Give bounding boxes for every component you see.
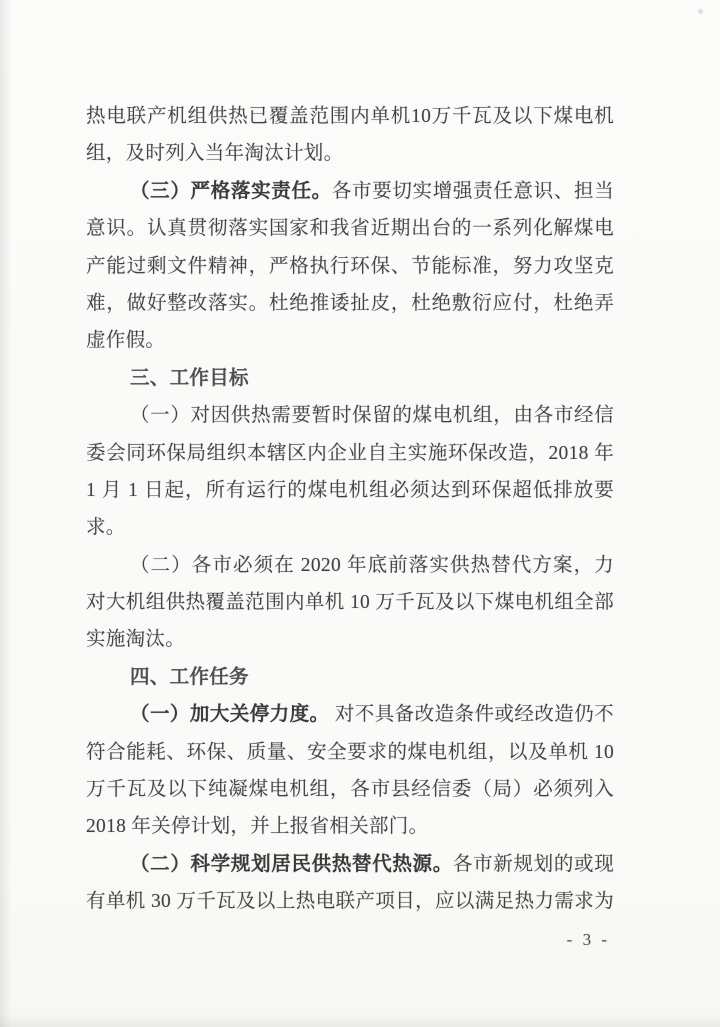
body-text: 意识。认真贯彻落实国家和我省近期出台的一系列化解煤电 bbox=[86, 218, 614, 239]
body-text: 难，做好整改落实。杜绝推诿扯皮，杜绝敷衍应付，杜绝弄 bbox=[86, 293, 614, 314]
body-text: 实施淘汰。 bbox=[86, 629, 185, 650]
text-line: 产能过剩文件精神，严格执行环保、节能标准，努力攻坚克 bbox=[86, 248, 614, 285]
document-page: 热电联产机组供热已覆盖范围内单机10万千瓦及以下煤电机组，及时列入当年淘汰计划。… bbox=[0, 0, 720, 1027]
body-text: 各市新规划的或现 bbox=[453, 854, 614, 875]
body-text: 产能过剩文件精神，严格执行环保、节能标准，努力攻坚克 bbox=[86, 256, 614, 277]
body-text: 万千瓦及以下纯凝煤电机组，各市县经信委（局）必须列入 bbox=[86, 779, 614, 800]
body-text: 有单机 30 万千瓦及以上热电联产项目，应以满足热力需求为 bbox=[86, 891, 614, 912]
text-line: 三、工作目标 bbox=[86, 360, 614, 397]
paragraph-heading: （二）科学规划居民供热替代热源。 bbox=[130, 854, 453, 875]
page-number: - 3 - bbox=[567, 930, 610, 950]
text-line: （三）严格落实责任。各市要切实增强责任意识、担当 bbox=[86, 173, 614, 210]
body-text: 对大机组供热覆盖范围内单机 10 万千瓦及以下煤电机组全部 bbox=[86, 592, 614, 613]
text-line: 虚作假。 bbox=[86, 322, 614, 359]
text-line: 2018 年关停计划，并上报省相关部门。 bbox=[86, 808, 614, 845]
text-line: （二）科学规划居民供热替代热源。各市新规划的或现 bbox=[86, 846, 614, 883]
body-text: 委会同环保局组织本辖区内企业自主实施环保改造，2018 年 bbox=[86, 443, 614, 464]
text-line: 难，做好整改落实。杜绝推诿扯皮，杜绝敷衍应付，杜绝弄 bbox=[86, 285, 614, 322]
section-heading: 三、工作目标 bbox=[130, 367, 249, 389]
text-line: 意识。认真贯彻落实国家和我省近期出台的一系列化解煤电 bbox=[86, 210, 614, 247]
text-line: （二）各市必须在 2020 年底前落实供热替代方案，力争 bbox=[86, 547, 614, 584]
text-line: （一）对因供热需要暂时保留的煤电机组，由各市经信 bbox=[86, 397, 614, 434]
text-line: 委会同环保局组织本辖区内企业自主实施环保改造，2018 年 bbox=[86, 435, 614, 472]
body-text: （二）各市必须在 2020 年底前落实供热替代方案，力争 bbox=[130, 555, 614, 584]
body-text: 热电联产机组供热已覆盖范围内单机10万千瓦及以下煤电机 bbox=[86, 106, 614, 127]
text-line: 四、工作任务 bbox=[86, 659, 614, 696]
document-lines: 热电联产机组供热已覆盖范围内单机10万千瓦及以下煤电机组，及时列入当年淘汰计划。… bbox=[86, 98, 614, 921]
body-text: 1 月 1 日起，所有运行的煤电机组必须达到环保超低排放要 bbox=[86, 480, 614, 501]
paragraph-heading: （一）加大关停力度。 bbox=[130, 704, 330, 725]
body-text: 求。 bbox=[86, 517, 126, 538]
text-line: 实施淘汰。 bbox=[86, 621, 614, 658]
body-text: 组，及时列入当年淘汰计划。 bbox=[86, 143, 343, 164]
text-line: 组，及时列入当年淘汰计划。 bbox=[86, 135, 614, 172]
scan-speck bbox=[698, 9, 703, 14]
section-heading: 四、工作任务 bbox=[130, 666, 249, 688]
body-text: 虚作假。 bbox=[86, 330, 165, 351]
body-text: 各市要切实增强责任意识、担当 bbox=[332, 181, 614, 202]
text-line: 1 月 1 日起，所有运行的煤电机组必须达到环保超低排放要 bbox=[86, 472, 614, 509]
text-line: 有单机 30 万千瓦及以上热电联产项目，应以满足热力需求为 bbox=[86, 883, 614, 920]
body-text: 2018 年关停计划，并上报省相关部门。 bbox=[86, 816, 428, 837]
text-line: 热电联产机组供热已覆盖范围内单机10万千瓦及以下煤电机 bbox=[86, 98, 614, 135]
text-line: （一）加大关停力度。 对不具备改造条件或经改造仍不 bbox=[86, 696, 614, 733]
text-line: 符合能耗、环保、质量、安全要求的煤电机组，以及单机 10 bbox=[86, 734, 614, 771]
body-text: 对不具备改造条件或经改造仍不 bbox=[330, 704, 614, 725]
text-line: 对大机组供热覆盖范围内单机 10 万千瓦及以下煤电机组全部 bbox=[86, 584, 614, 621]
text-line: 万千瓦及以下纯凝煤电机组，各市县经信委（局）必须列入 bbox=[86, 771, 614, 808]
paragraph-heading: （三）严格落实责任。 bbox=[130, 181, 332, 202]
text-line: 求。 bbox=[86, 509, 614, 546]
body-text: （一）对因供热需要暂时保留的煤电机组，由各市经信 bbox=[130, 405, 614, 426]
body-text: 符合能耗、环保、质量、安全要求的煤电机组，以及单机 10 bbox=[86, 742, 614, 763]
